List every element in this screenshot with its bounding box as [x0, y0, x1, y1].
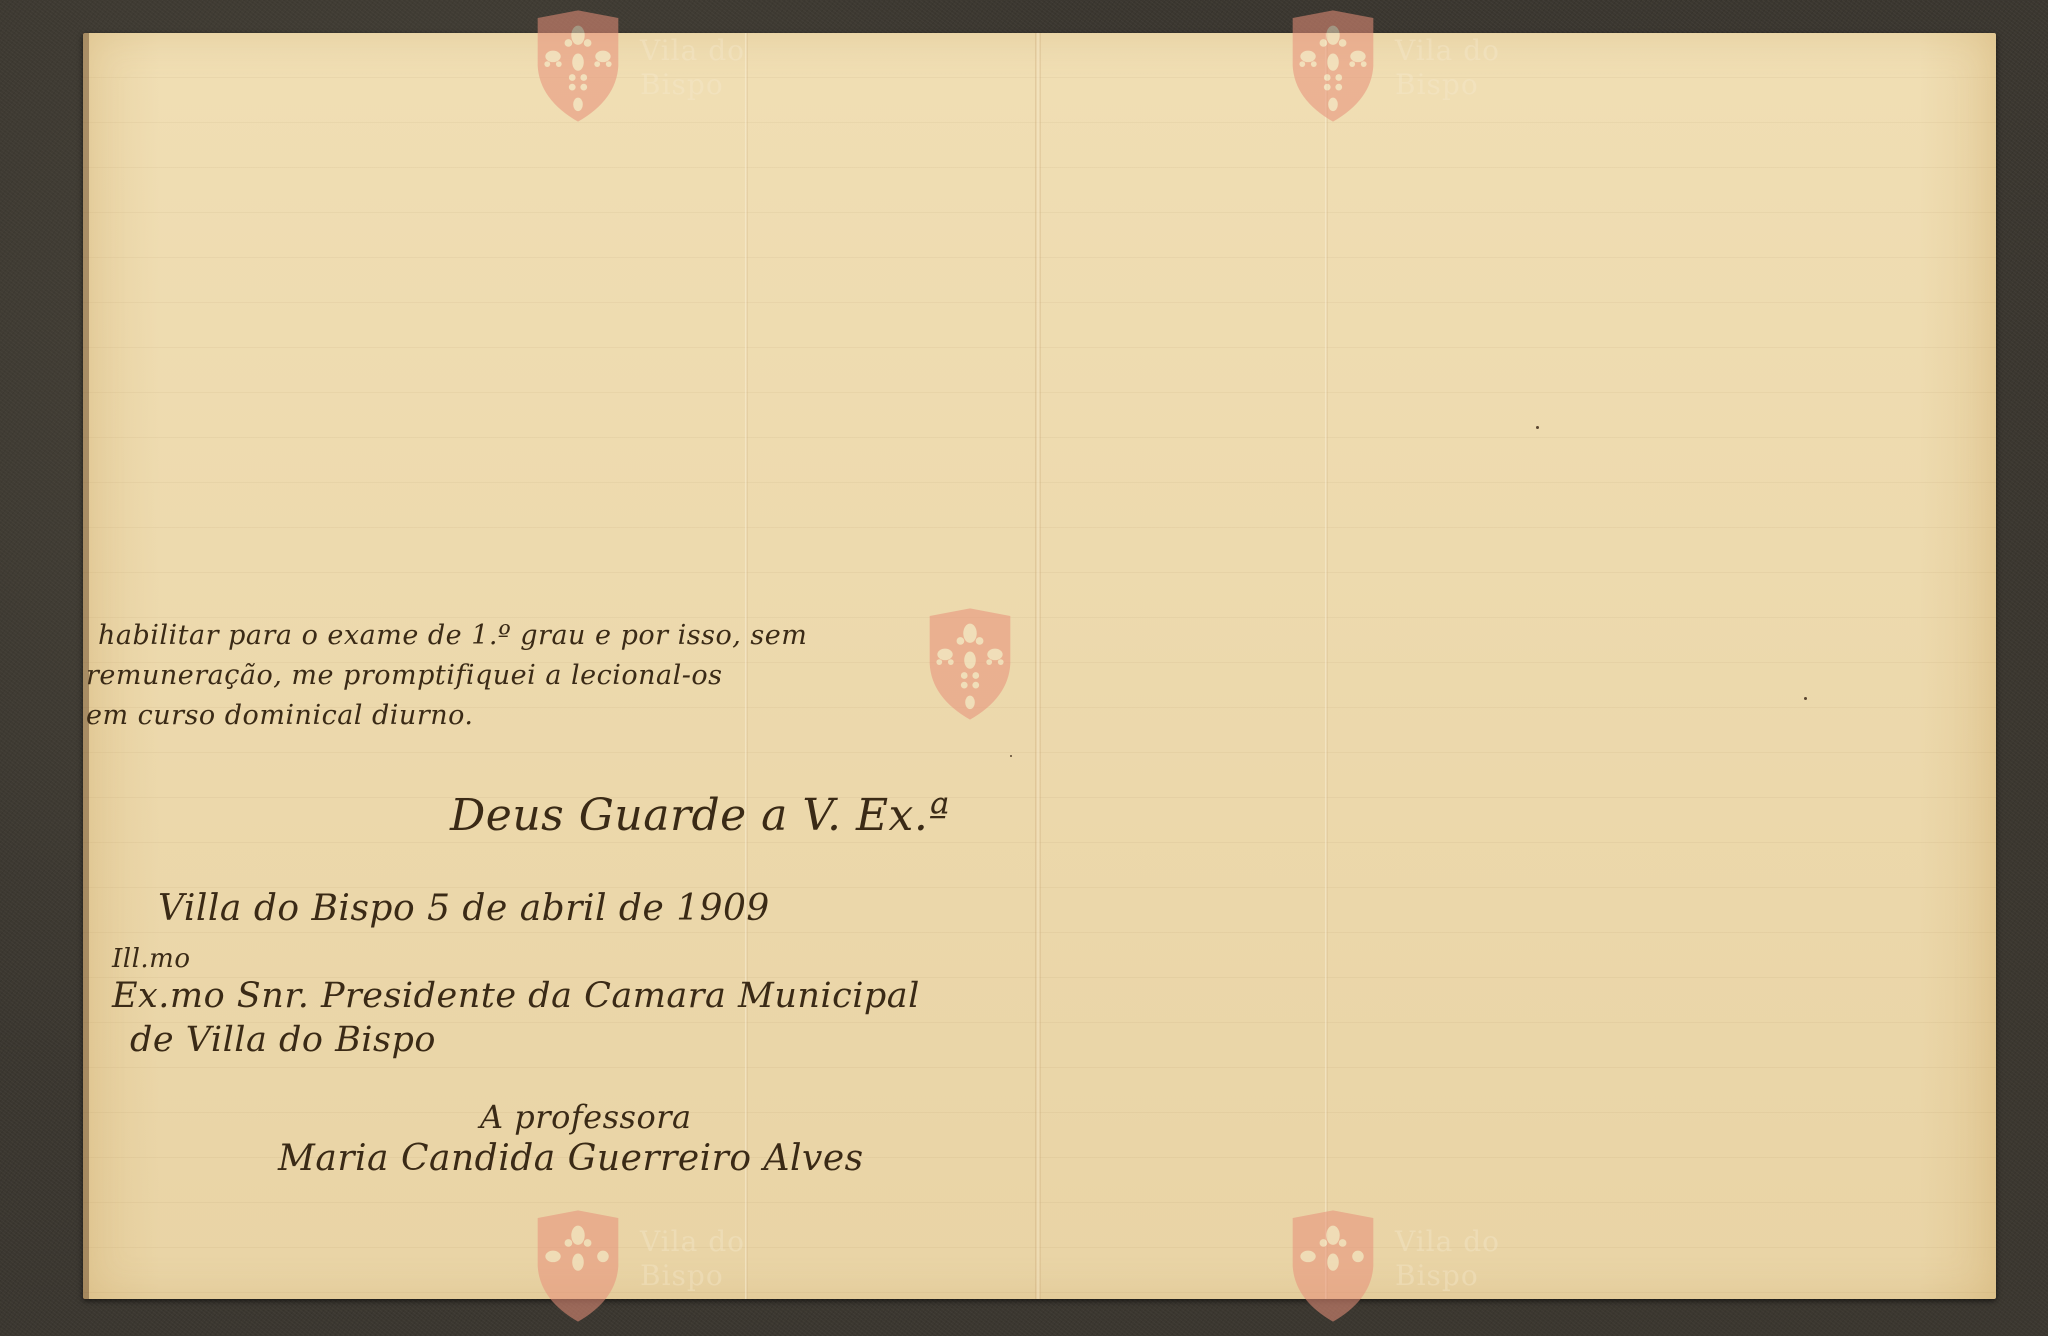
- watermark-text-line: Bispo: [640, 68, 745, 102]
- letter-body-line-2: remuneração, me promptifiquei a lecional…: [86, 660, 723, 691]
- watermark-text: Vila do Bispo: [1395, 34, 1500, 102]
- addressee-line-2: de Villa do Bispo: [130, 1020, 436, 1060]
- watermark-text-line: Bispo: [1395, 68, 1500, 102]
- watermark-text-line: Vila do: [640, 34, 745, 68]
- watermark-shield-icon: [1285, 8, 1381, 124]
- paper-speck: [1536, 426, 1539, 429]
- watermark-shield-icon: [530, 8, 626, 124]
- letter-dateline: Villa do Bispo 5 de abril de 1909: [158, 888, 770, 929]
- signature-title: A professora: [480, 1098, 692, 1136]
- signature-name: Maria Candida Guerreiro Alves: [278, 1138, 864, 1179]
- watermark-text-line: Vila do: [640, 1225, 745, 1259]
- watermark-text-line: Bispo: [640, 1259, 745, 1293]
- watermark-text: Vila do Bispo: [1395, 1225, 1500, 1293]
- watermark-text: Vila do Bispo: [640, 34, 745, 102]
- fold-line-center: [1035, 33, 1041, 1299]
- letter-body-line-1: habilitar para o exame de 1.º grau e por…: [98, 620, 807, 651]
- addressee-honorific: Ill.mo: [112, 944, 190, 974]
- watermark-text-line: Vila do: [1395, 34, 1500, 68]
- paper-speck: [1010, 755, 1012, 757]
- watermark-shield-icon: [530, 1208, 626, 1324]
- watermark-shield-icon: [922, 606, 1018, 722]
- fold-line-left: [745, 33, 748, 1299]
- letter-closing: Deus Guarde a V. Ex.ª: [450, 790, 950, 841]
- watermark-text-line: Vila do: [1395, 1225, 1500, 1259]
- watermark-text-line: Bispo: [1395, 1259, 1500, 1293]
- watermark-shield-icon: [1285, 1208, 1381, 1324]
- letter-body-line-3: em curso dominical diurno.: [86, 700, 473, 731]
- fold-line-right: [1325, 33, 1328, 1299]
- watermark-text: Vila do Bispo: [640, 1225, 745, 1293]
- paper-speck: [1804, 697, 1807, 700]
- addressee-line-1: Ex.mo Snr. Presidente da Camara Municipa…: [112, 976, 920, 1016]
